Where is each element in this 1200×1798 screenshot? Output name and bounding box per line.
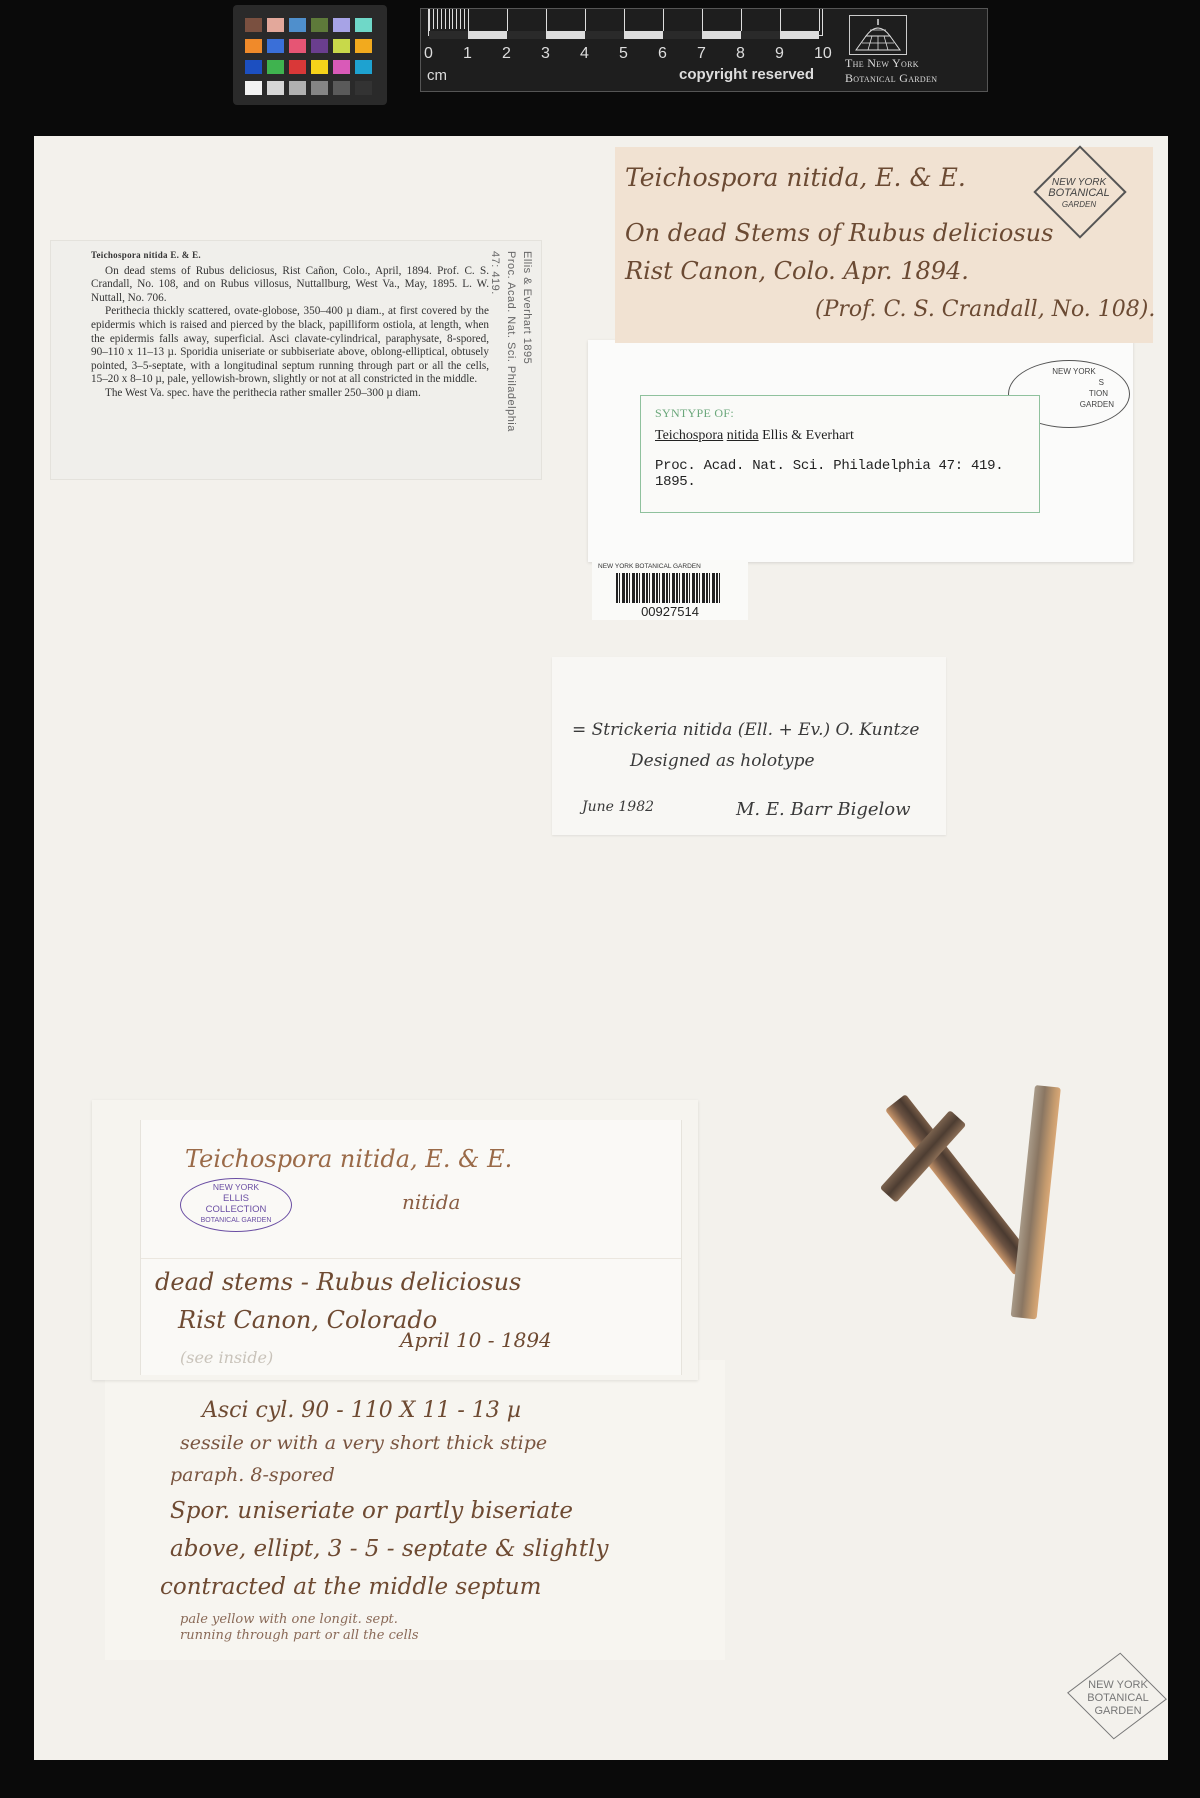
- org-line-2: Botanical Garden: [845, 71, 937, 86]
- color-swatch: [355, 60, 372, 74]
- ruler-band: [624, 31, 663, 39]
- stamp-line: COLLECTION: [181, 1204, 291, 1215]
- syntype-citation: Proc. Acad. Nat. Sci. Philadelphia 47: 4…: [655, 458, 1039, 490]
- ruler-tick: [468, 9, 469, 31]
- ruler-number: 2: [502, 45, 511, 63]
- ruler-number: 0: [424, 45, 433, 63]
- ruler-number: 6: [658, 45, 667, 63]
- color-swatch: [355, 18, 372, 32]
- stamp-line: BOTANICAL GARDEN: [181, 1215, 291, 1226]
- packet-substrate: dead stems - Rubus deliciosus: [155, 1268, 521, 1296]
- scale-ruler: cm copyright reserved The New York Botan…: [420, 8, 988, 92]
- color-swatch: [289, 18, 306, 32]
- nybg-conservatory-logo-icon: [849, 15, 907, 55]
- handwritten-locality: Rist Canon, Colo. Apr. 1894.: [625, 257, 969, 285]
- color-swatch: [267, 60, 284, 74]
- syntype-heading: SYNTYPE OF:: [655, 406, 734, 421]
- stamp-line: GARDEN: [1039, 199, 1119, 210]
- org-line-1: The New York: [845, 56, 937, 71]
- color-swatch: [311, 18, 328, 32]
- ruler-mm-tick: [441, 9, 442, 29]
- printed-description-label: Teichospora nitida E. & E. On dead stems…: [50, 240, 542, 480]
- twig-fragment-3: [1011, 1085, 1061, 1319]
- determiner-name: M. E. Barr Bigelow: [736, 799, 911, 820]
- ruler-mm-tick: [445, 9, 446, 29]
- label-paragraph-locality: On dead stems of Rubus deliciosus, Rist …: [91, 265, 489, 306]
- inner-note-line: pale yellow with one longit. sept.: [180, 1612, 398, 1627]
- color-swatch: [245, 81, 262, 95]
- stamp-line: ELLIS: [181, 1193, 291, 1204]
- ruler-unit: cm: [427, 67, 447, 84]
- ruler-mm-tick: [456, 9, 457, 29]
- specimen-fragments: [790, 1070, 1090, 1330]
- color-swatch: [267, 39, 284, 53]
- specimen-barcode: NEW YORK BOTANICAL GARDEN 00927514: [592, 560, 748, 620]
- packet-locality: Rist Canon, Colorado: [178, 1306, 437, 1334]
- nybg-name: The New York Botanical Garden: [845, 56, 937, 86]
- ruler-mm-tick: [433, 9, 434, 29]
- ruler-number: 9: [775, 45, 784, 63]
- determination-name: = Strickeria nitida (Ell. + Ev.) O. Kunt…: [572, 720, 919, 740]
- stamp-line: NEW YORK: [1068, 1679, 1168, 1692]
- stamp-line: NEW YORK: [181, 1182, 291, 1193]
- syntype-authors: Ellis & Everhart: [762, 428, 854, 443]
- handwritten-substrate: On dead Stems of Rubus deliciosus: [625, 219, 1053, 247]
- color-swatch: [267, 81, 284, 95]
- ruler-band: [741, 31, 780, 39]
- bottom-stamp-text: NEW YORK BOTANICAL GARDEN: [1068, 1679, 1168, 1718]
- ruler-tick: [780, 9, 781, 31]
- original-handwritten-label: Teichospora nitida, E. & E. On dead Stem…: [615, 147, 1153, 343]
- packet-see-inside: (see inside): [180, 1348, 273, 1367]
- inner-note-line: above, ellipt, 3 - 5 - septate & slightl…: [170, 1536, 609, 1562]
- color-swatch: [267, 18, 284, 32]
- diamond-stamp-text: NEW YORK BOTANICAL GARDEN: [1039, 177, 1119, 210]
- syntype-taxon: Teichospora nitida Ellis & Everhart: [655, 428, 854, 444]
- color-swatch: [245, 18, 262, 32]
- stamp-line: NEW YORK: [1024, 366, 1124, 377]
- copyright-text: copyright reserved: [679, 66, 814, 83]
- determination-status: Designed as holotype: [630, 751, 815, 771]
- ruler-number: 4: [580, 45, 589, 63]
- stamp-line: S: [1024, 377, 1124, 388]
- color-swatch: [311, 81, 328, 95]
- color-swatch: [289, 81, 306, 95]
- ruler-tick: [429, 9, 430, 31]
- inner-note-line: paraph. 8-spored: [170, 1464, 335, 1486]
- ruler-tick: [663, 9, 664, 31]
- ruler-number: 8: [736, 45, 745, 63]
- syntype-genus: Teichospora: [655, 428, 723, 443]
- stamp-line: BOTANICAL: [1039, 188, 1119, 199]
- color-calibration-chart: [233, 5, 387, 105]
- ruler-tick: [507, 9, 508, 31]
- ruler-mm-tick: [449, 9, 450, 29]
- ruler-band: [507, 31, 546, 39]
- ruler-band: [468, 31, 507, 39]
- ruler-band: [429, 31, 468, 39]
- ruler-band: [780, 31, 819, 39]
- label-title: Teichospora nitida E. & E.: [91, 249, 489, 263]
- packet-inner-notes: Asci cyl. 90 - 110 X 11 - 13 µ sessile o…: [170, 1390, 730, 1660]
- barcode-bars-icon: [616, 573, 722, 603]
- ruler-scale-bar: [428, 9, 823, 36]
- vertical-note-authors: Ellis & Everhart 1895: [521, 251, 533, 364]
- ruler-band: [663, 31, 702, 39]
- color-swatch: [355, 81, 372, 95]
- handwritten-collector: (Prof. C. S. Crandall, No. 108).: [815, 297, 1155, 322]
- inner-note-line: sessile or with a very short thick stipe: [180, 1432, 547, 1454]
- ruler-tick: [585, 9, 586, 31]
- color-swatch: [311, 60, 328, 74]
- bottom-nybg-stamp: NEW YORK BOTANICAL GARDEN: [1048, 1645, 1188, 1755]
- color-swatch: [333, 18, 350, 32]
- ruler-mm-tick: [460, 9, 461, 29]
- ruler-band: [546, 31, 585, 39]
- ruler-tick: [546, 9, 547, 31]
- ellis-collection-stamp: NEW YORK ELLIS COLLECTION BOTANICAL GARD…: [180, 1178, 292, 1232]
- color-swatch: [245, 60, 262, 74]
- color-swatch: [311, 39, 328, 53]
- fold-line: [141, 1258, 681, 1259]
- label-paragraph-note: The West Va. spec. have the perithecia r…: [91, 387, 489, 401]
- ruler-tick: [624, 9, 625, 31]
- color-swatch: [355, 39, 372, 53]
- inner-note-line: Asci cyl. 90 - 110 X 11 - 13 µ: [202, 1398, 521, 1423]
- ruler-mm-tick: [464, 9, 465, 29]
- color-swatch: [333, 39, 350, 53]
- ruler-band: [702, 31, 741, 39]
- color-swatch: [333, 81, 350, 95]
- ruler-number: 1: [463, 45, 472, 63]
- determination-label: = Strickeria nitida (Ell. + Ev.) O. Kunt…: [552, 657, 946, 835]
- vertical-note-volume: 47: 419.: [489, 251, 501, 295]
- vertical-note-journal: Proc. Acad. Nat. Sci. Philadelphia: [505, 251, 517, 432]
- ruler-tick: [819, 9, 820, 31]
- inner-note-line: Spor. uniseriate or partly biseriate: [170, 1498, 573, 1524]
- syntype-species: nitida: [727, 428, 759, 443]
- ruler-mm-tick: [437, 9, 438, 29]
- ruler-tick: [741, 9, 742, 31]
- ruler-band: [585, 31, 624, 39]
- barcode-header: NEW YORK BOTANICAL GARDEN: [598, 563, 701, 570]
- ruler-number: 7: [697, 45, 706, 63]
- color-swatch: [289, 39, 306, 53]
- syntype-label: SYNTYPE OF: Teichospora nitida Ellis & E…: [640, 395, 1040, 513]
- inner-note-line: contracted at the middle septum: [160, 1574, 541, 1600]
- packet-epithet: nitida: [402, 1190, 460, 1214]
- ruler-tick: [702, 9, 703, 31]
- determination-date: June 1982: [582, 799, 654, 815]
- color-swatch: [245, 39, 262, 53]
- ruler-number: 10: [814, 45, 832, 63]
- stamp-line: GARDEN: [1068, 1705, 1168, 1718]
- packet-taxon: Teichospora nitida, E. & E.: [185, 1145, 512, 1173]
- handwritten-taxon: Teichospora nitida, E. & E.: [625, 163, 966, 192]
- ruler-mm-tick: [452, 9, 453, 29]
- label-paragraph-description: Perithecia thickly scattered, ovate-glob…: [91, 305, 489, 387]
- inner-note-line: running through part or all the cells: [180, 1628, 419, 1643]
- color-swatch: [333, 60, 350, 74]
- stamp-line: BOTANICAL: [1068, 1692, 1168, 1705]
- packet-date: April 10 - 1894: [400, 1328, 552, 1352]
- ruler-number: 3: [541, 45, 550, 63]
- barcode-number: 00927514: [592, 604, 748, 619]
- ruler-number: 5: [619, 45, 628, 63]
- color-swatch: [289, 60, 306, 74]
